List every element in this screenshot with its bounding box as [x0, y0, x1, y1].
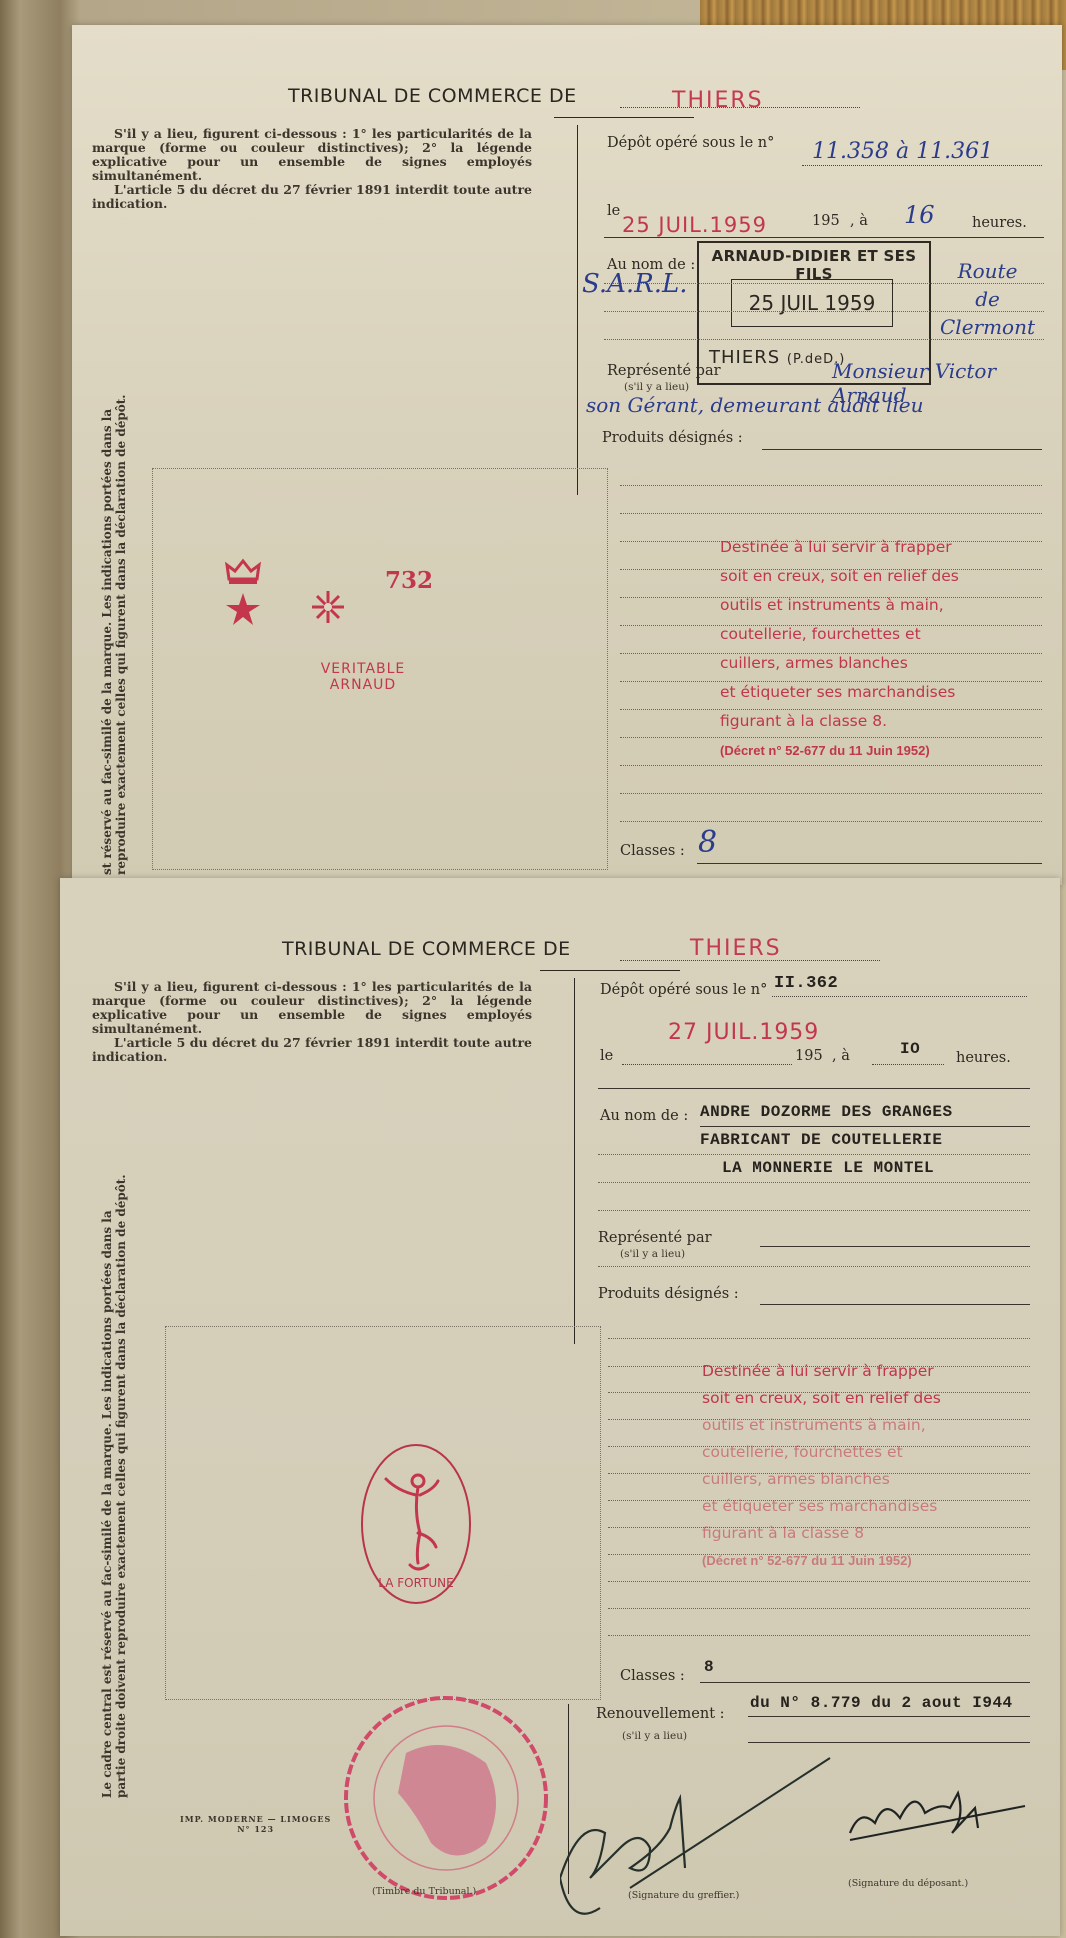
- column-divider: [574, 978, 575, 1344]
- date-label: le: [607, 203, 620, 219]
- company-stamp-name: ARNAUD-DIDIER ET SES FILS: [699, 247, 929, 283]
- depositor-signature-icon: [840, 1778, 1040, 1858]
- intro-paragraph-2: L'article 5 du décret du 27 février 1891…: [92, 183, 532, 211]
- date-stamp: 25 JUIL.1959: [622, 213, 767, 237]
- year-prefix: 195: [795, 1048, 823, 1064]
- renewal-label: Renouvellement :: [596, 1706, 725, 1722]
- classes-label: Classes :: [620, 1668, 685, 1684]
- depot-label: Dépôt opéré sous le n°: [600, 982, 767, 998]
- products-line-1: Destinée à lui servir à frapper: [720, 533, 959, 562]
- represented-rule: [598, 1266, 1030, 1267]
- date-label: le: [600, 1048, 613, 1064]
- date-line: [622, 1064, 792, 1065]
- at-label: , à: [832, 1048, 850, 1064]
- hours-label: heures.: [956, 1050, 1011, 1066]
- products-rule-1: [608, 1338, 1030, 1339]
- renewal-line: [748, 1716, 1030, 1717]
- depot-number-line: [802, 165, 1042, 166]
- crown-star-icon: [223, 557, 263, 627]
- products-line-7: figurant à la classe 8: [702, 1520, 941, 1547]
- vertical-line-2: partie droite doivent reproduire exactem…: [114, 1174, 128, 1798]
- represented-line: [760, 1246, 1030, 1247]
- depositor-name: ANDRE DOZORME DES GRANGES: [700, 1098, 953, 1126]
- vertical-line-1: Le cadre central est réservé au fac-simi…: [100, 1174, 114, 1798]
- products-line: [760, 1304, 1030, 1305]
- mark-brand: VERITABLE ARNAUD: [303, 661, 423, 693]
- products-label: Produits désignés :: [602, 430, 743, 446]
- products-rule-12: [620, 793, 1042, 794]
- vertical-instruction: st réservé au fac-similé de la marque. L…: [100, 395, 128, 875]
- intro-paragraph-2: L'article 5 du décret du 27 février 1891…: [92, 1036, 532, 1064]
- at-label: , à: [850, 213, 868, 229]
- hour-value: IO: [900, 1040, 920, 1058]
- depot-number: 11.358 à 11.361: [812, 139, 993, 164]
- products-line-6: et étiqueter ses marchandises: [702, 1493, 941, 1520]
- la-fortune-emblem-icon: LA FORTUNE: [358, 1441, 474, 1607]
- mark-number: 732: [385, 567, 433, 594]
- name-line-3: [598, 1210, 1030, 1211]
- name-label: Au nom de :: [600, 1108, 688, 1124]
- vertical-line-1: st réservé au fac-similé de la marque. L…: [100, 395, 114, 875]
- address-line-2: de: [940, 285, 1035, 313]
- depot-label: Dépôt opéré sous le n°: [607, 135, 774, 151]
- company-stamp-city: THIERS (P.deD.): [709, 347, 845, 368]
- typed-depositor: ANDRE DOZORME DES GRANGES FABRICANT DE C…: [700, 1098, 953, 1182]
- year-prefix: 195: [812, 213, 840, 229]
- date-stamp: 27 JUIL.1959: [668, 1020, 819, 1045]
- hour-line: [872, 1064, 944, 1065]
- handwritten-company-type: S.A.R.L.: [582, 269, 688, 299]
- tribunal-city: THIERS: [672, 88, 764, 113]
- products-line: [762, 449, 1042, 450]
- address-line-1: Route: [940, 257, 1035, 285]
- depositor-signature-caption: (Signature du déposant.): [848, 1878, 968, 1889]
- products-line-5: cuillers, armes blanches: [720, 649, 959, 678]
- depot-number: II.362: [774, 974, 838, 993]
- date-rule: [604, 237, 1044, 238]
- products-line-2: soit en creux, soit en relief des: [702, 1385, 941, 1412]
- hour-value: 16: [904, 201, 935, 229]
- heading-rule: [540, 970, 680, 971]
- depot-number-line: [772, 996, 1027, 997]
- products-rule-2: [620, 513, 1042, 514]
- depositor-profession: FABRICANT DE COUTELLERIE: [700, 1126, 953, 1154]
- products-stamp: Destinée à lui servir à frapper soit en …: [702, 1358, 941, 1574]
- tribunal-city: THIERS: [690, 936, 782, 961]
- intro-paragraph-1: S'il y a lieu, figurent ci-dessous : 1° …: [92, 127, 532, 183]
- represented-label: Représenté par: [607, 363, 721, 379]
- handwritten-address: Route de Clermont: [940, 257, 1035, 341]
- represented-label: Représenté par: [598, 1230, 712, 1246]
- name-line-2: [598, 1182, 1030, 1183]
- products-stamp: Destinée à lui servir à frapper soit en …: [720, 533, 959, 765]
- tribunal-seal-icon: [336, 1693, 556, 1903]
- printer-name: IMP. MODERNE — LIMOGES: [180, 1814, 331, 1824]
- heading-rule: [554, 117, 694, 118]
- products-line-3: outils et instruments à main,: [702, 1412, 941, 1439]
- company-stamp-date: 25 JUIL 1959: [731, 279, 893, 327]
- products-label: Produits désignés :: [598, 1286, 739, 1302]
- printer-number: N° 123: [180, 1824, 331, 1834]
- renewal-value: du N° 8.779 du 2 aout I944: [750, 1694, 1013, 1712]
- name-line-1: [598, 1154, 1030, 1155]
- printer-imprint: IMP. MODERNE — LIMOGES N° 123: [180, 1814, 331, 1834]
- classes-line: [700, 1682, 1030, 1683]
- seal-caption: (Timbre du Tribunal.): [372, 1886, 476, 1897]
- products-line-2: soit en creux, soit en relief des: [720, 562, 959, 591]
- depositor-location: LA MONNERIE LE MONTEL: [700, 1154, 953, 1182]
- products-line-7: figurant à la classe 8.: [720, 707, 959, 736]
- if-applicable-note: (s'il y a lieu): [624, 381, 689, 393]
- address-line-3: Clermont: [940, 313, 1035, 341]
- brand-line-1: VERITABLE: [303, 661, 423, 677]
- form-sheet-1: TRIBUNAL DE COMMERCE DE THIERS S'il y a …: [72, 25, 1062, 885]
- products-rule-12: [608, 1635, 1030, 1636]
- vertical-instruction: Le cadre central est réservé au fac-simi…: [100, 1174, 128, 1798]
- classes-line: [697, 863, 1042, 864]
- products-line-4: coutellerie, fourchettes et: [720, 620, 959, 649]
- trademark-facsimile-frame: LA FORTUNE: [165, 1326, 601, 1700]
- greffier-signature-caption: (Signature du greffier.): [628, 1890, 739, 1901]
- vertical-line-2: reproduire exactement celles qui figuren…: [114, 395, 128, 875]
- hours-label: heures.: [972, 215, 1027, 231]
- intro-paragraph-1: S'il y a lieu, figurent ci-dessous : 1° …: [92, 980, 532, 1036]
- column-divider: [577, 125, 578, 495]
- classes-value: 8: [698, 825, 717, 860]
- crescent-sun-icon: [308, 557, 348, 627]
- brand-line-2: ARNAUD: [303, 677, 423, 693]
- products-line-6: et étiqueter ses marchandises: [720, 678, 959, 707]
- products-rule-11: [608, 1608, 1030, 1609]
- tribunal-heading: TRIBUNAL DE COMMERCE DE: [282, 938, 571, 960]
- intro-text: S'il y a lieu, figurent ci-dessous : 1° …: [92, 980, 532, 1064]
- tribunal-heading: TRIBUNAL DE COMMERCE DE: [288, 85, 577, 107]
- decree-reference: (Décret n° 52-677 du 11 Juin 1952): [702, 1547, 941, 1574]
- products-line-3: outils et instruments à main,: [720, 591, 959, 620]
- products-line-4: coutellerie, fourchettes et: [702, 1439, 941, 1466]
- products-rule-11: [620, 765, 1042, 766]
- classes-value: 8: [704, 1658, 714, 1676]
- date-rule: [598, 1088, 1030, 1089]
- handwritten-representative-role: son Gérant, demeurant audit lieu: [586, 393, 923, 417]
- classes-label: Classes :: [620, 843, 685, 859]
- if-applicable-note: (s'il y a lieu): [620, 1248, 685, 1260]
- mark-label: LA FORTUNE: [378, 1576, 453, 1590]
- products-line-1: Destinée à lui servir à frapper: [702, 1358, 941, 1385]
- products-line-5: cuillers, armes blanches: [702, 1466, 941, 1493]
- form-sheet-2: TRIBUNAL DE COMMERCE DE THIERS S'il y a …: [60, 878, 1060, 1936]
- products-rule-13: [620, 821, 1042, 822]
- products-rule-10: [608, 1581, 1030, 1582]
- intro-text: S'il y a lieu, figurent ci-dessous : 1° …: [92, 127, 532, 211]
- name-line-0: [700, 1126, 1030, 1127]
- decree-reference: (Décret n° 52-677 du 11 Juin 1952): [720, 736, 959, 765]
- trademark-facsimile-frame: 732 VERITABLE ARNAUD: [152, 468, 608, 870]
- products-rule-1: [620, 485, 1042, 486]
